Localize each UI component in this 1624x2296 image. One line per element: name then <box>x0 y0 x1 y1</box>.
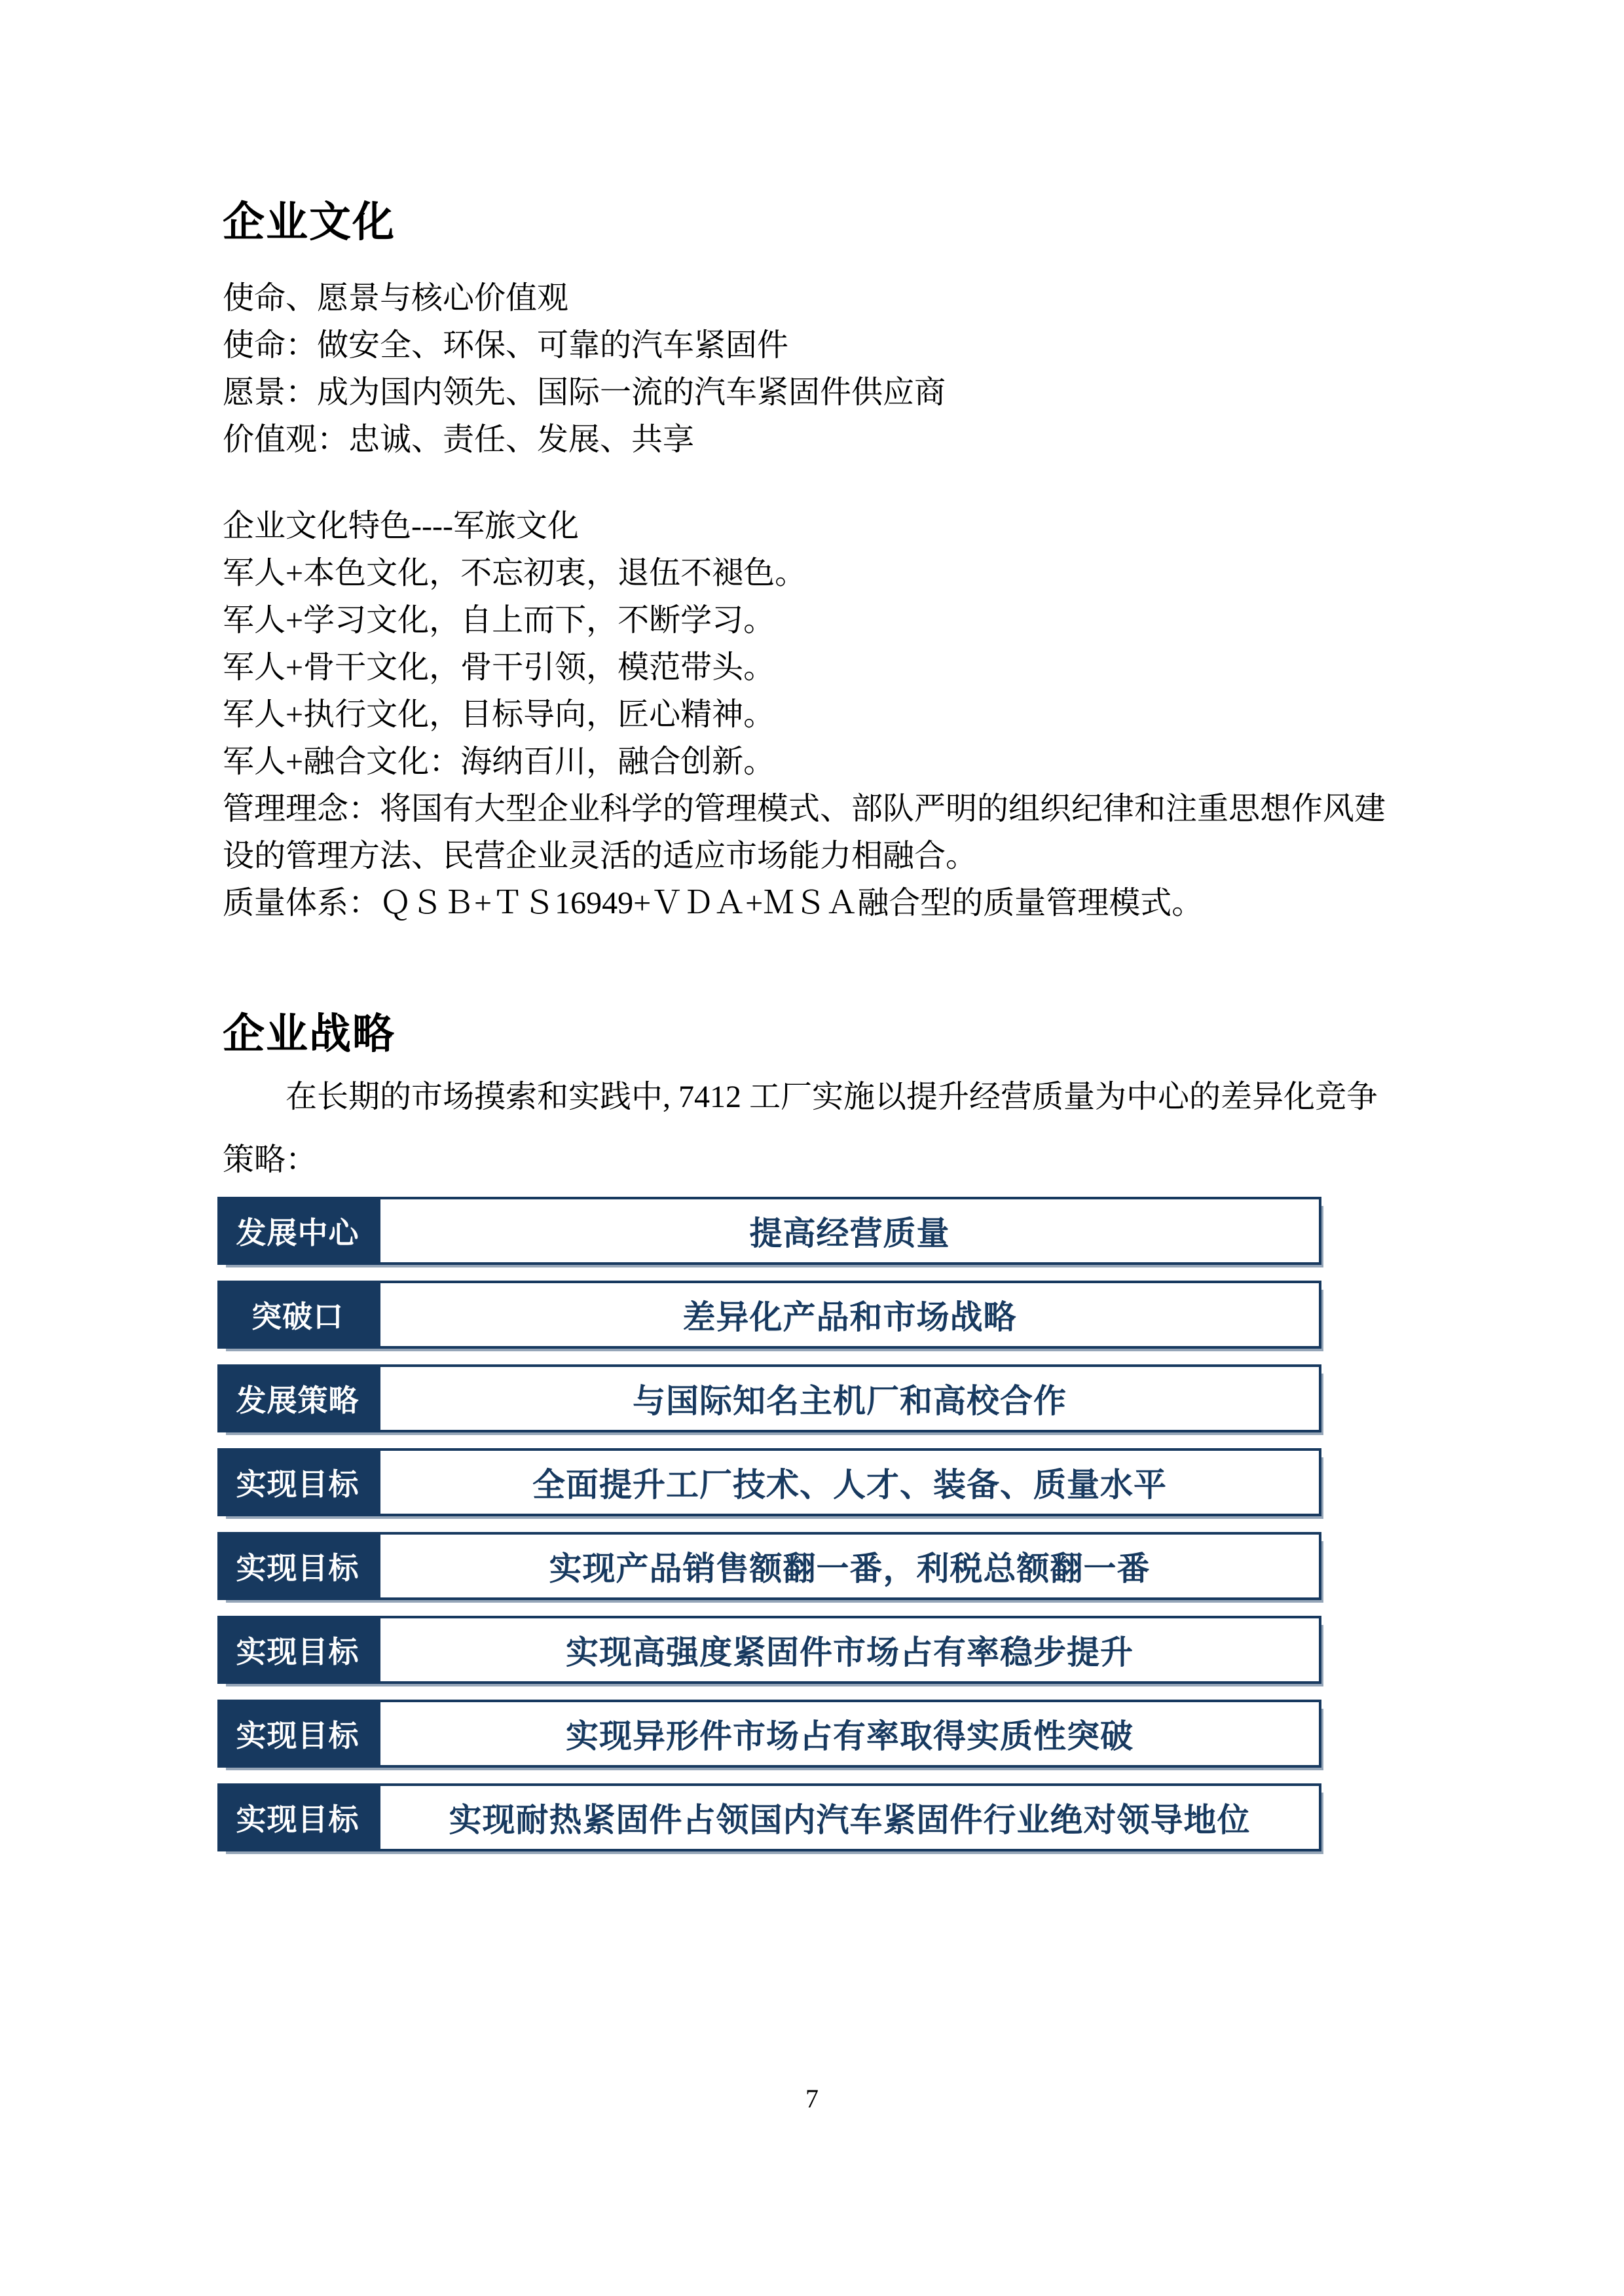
text-line: 企业文化特色----军旅文化 <box>223 503 1401 550</box>
row-label-cell: 突破口 <box>217 1281 378 1349</box>
strategy-row: 发展策略 与国际知名主机厂和高校合作 <box>217 1364 1321 1432</box>
text-line: 军人+学习文化，自上而下，不断学习。 <box>223 597 1401 644</box>
row-label-cell: 实现目标 <box>217 1616 378 1684</box>
text-line: 使命：做安全、环保、可靠的汽车紧固件 <box>223 322 1401 369</box>
row-content-cell: 与国际知名主机厂和高校合作 <box>378 1364 1321 1432</box>
culture-mission-block: 使命、愿景与核心价值观 使命：做安全、环保、可靠的汽车紧固件 愿景：成为国内领先… <box>223 275 1401 464</box>
row-label-cell: 实现目标 <box>217 1783 378 1851</box>
text-line: 军人+执行文化，目标导向，匠心精神。 <box>223 691 1401 738</box>
strategy-row: 实现目标 全面提升工厂技术、人才、装备、质量水平 <box>217 1448 1321 1516</box>
text-line: 设的管理方法、民营企业灵活的适应市场能力相融合。 <box>223 833 1401 880</box>
text-line: 军人+骨干文化，骨干引领，模范带头。 <box>223 644 1401 691</box>
strategy-row: 实现目标 实现产品销售额翻一番，利税总额翻一番 <box>217 1532 1321 1600</box>
text-line: 在长期的市场摸索和实践中, 7412 工厂实施以提升经营质量为中心的差异化竞争 <box>223 1066 1401 1129</box>
row-content-cell: 实现耐热紧固件占领国内汽车紧固件行业绝对领导地位 <box>378 1783 1321 1851</box>
strategy-table: 发展中心 提高经营质量 突破口 差异化产品和市场战略 发展策略 与国际知名主机厂… <box>217 1197 1321 1867</box>
text-line: 管理理念：将国有大型企业科学的管理模式、部队严明的组织纪律和注重思想作风建 <box>223 786 1401 833</box>
row-content-cell: 差异化产品和市场战略 <box>378 1281 1321 1349</box>
row-content-cell: 全面提升工厂技术、人才、装备、质量水平 <box>378 1448 1321 1516</box>
row-label-cell: 实现目标 <box>217 1700 378 1768</box>
strategy-row: 实现目标 实现异形件市场占有率取得实质性突破 <box>217 1700 1321 1768</box>
row-label-cell: 实现目标 <box>217 1448 378 1516</box>
page-number: 7 <box>0 2083 1624 2115</box>
strategy-row: 实现目标 实现耐热紧固件占领国内汽车紧固件行业绝对领导地位 <box>217 1783 1321 1851</box>
text-line: 价值观：忠诚、责任、发展、共享 <box>223 416 1401 464</box>
text-line: 质量体系：ＱＳＢ+ＴＳ16949+ＶＤＡ+ＭＳＡ融合型的质量管理模式。 <box>223 880 1401 927</box>
row-content-cell: 提高经营质量 <box>378 1197 1321 1265</box>
document-page: 企业文化 使命、愿景与核心价值观 使命：做安全、环保、可靠的汽车紧固件 愿景：成… <box>0 0 1624 2296</box>
strategy-row: 突破口 差异化产品和市场战略 <box>217 1281 1321 1349</box>
text-line: 使命、愿景与核心价值观 <box>223 275 1401 322</box>
strategy-intro-block: 在长期的市场摸索和实践中, 7412 工厂实施以提升经营质量为中心的差异化竞争 … <box>223 1066 1401 1192</box>
text-line: 策略： <box>223 1129 1401 1192</box>
culture-feature-block: 企业文化特色----军旅文化 军人+本色文化，不忘初衷，退伍不褪色。 军人+学习… <box>223 503 1401 786</box>
culture-management-block: 管理理念：将国有大型企业科学的管理模式、部队严明的组织纪律和注重思想作风建 设的… <box>223 786 1401 880</box>
section-heading-culture: 企业文化 <box>223 196 396 249</box>
text-line: 军人+融合文化：海纳百川，融合创新。 <box>223 738 1401 786</box>
strategy-row: 发展中心 提高经营质量 <box>217 1197 1321 1265</box>
section-heading-strategy: 企业战略 <box>223 1008 396 1061</box>
text-line: 愿景：成为国内领先、国际一流的汽车紧固件供应商 <box>223 369 1401 416</box>
row-label-cell: 实现目标 <box>217 1532 378 1600</box>
culture-quality-block: 质量体系：ＱＳＢ+ＴＳ16949+ＶＤＡ+ＭＳＡ融合型的质量管理模式。 <box>223 880 1401 927</box>
row-label-cell: 发展策略 <box>217 1364 378 1432</box>
strategy-row: 实现目标 实现高强度紧固件市场占有率稳步提升 <box>217 1616 1321 1684</box>
row-label-cell: 发展中心 <box>217 1197 378 1265</box>
row-content-cell: 实现高强度紧固件市场占有率稳步提升 <box>378 1616 1321 1684</box>
text-line: 军人+本色文化，不忘初衷，退伍不褪色。 <box>223 550 1401 597</box>
row-content-cell: 实现异形件市场占有率取得实质性突破 <box>378 1700 1321 1768</box>
row-content-cell: 实现产品销售额翻一番，利税总额翻一番 <box>378 1532 1321 1600</box>
